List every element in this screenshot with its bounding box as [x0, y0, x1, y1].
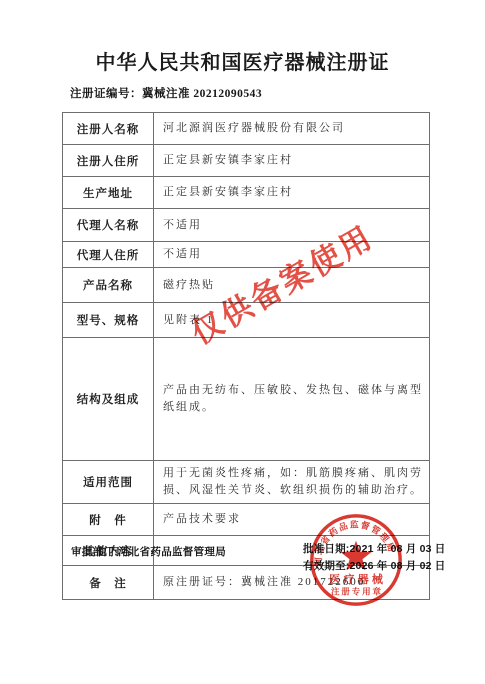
field-value: 产品由无纺布、压敏胶、发热包、磁体与离型纸组成。 [154, 338, 430, 461]
registration-number-line: 注册证编号：冀械注准 20212090543 [70, 85, 262, 101]
field-label: 代理人住所 [63, 242, 154, 268]
table-row: 注册人住所 正定县新安镇李家庄村 [63, 145, 430, 177]
field-value: 河北源润医疗器械股份有限公司 [154, 113, 430, 145]
table-row: 生产地址 正定县新安镇李家庄村 [63, 177, 430, 209]
field-label: 产品名称 [63, 268, 154, 303]
field-label: 生产地址 [63, 177, 154, 209]
field-label: 注册人住所 [63, 145, 154, 177]
certificate-title: 中华人民共和国医疗器械注册证 [0, 46, 485, 75]
registration-number-value: 冀械注准 20212090543 [142, 88, 262, 100]
approval-department: 审批部门:河北省药品监督管理局 [71, 544, 226, 559]
field-label: 适用范围 [63, 461, 154, 504]
field-value: 不适用 [154, 209, 430, 242]
field-label: 结构及组成 [63, 338, 154, 461]
table-row: 结构及组成 产品由无纺布、压敏胶、发热包、磁体与离型纸组成。 [63, 338, 430, 461]
field-value: 正定县新安镇李家庄村 [154, 145, 430, 177]
field-label: 附 件 [63, 504, 154, 536]
field-value: 用于无菌炎性疼痛，如：肌筋膜疼痛、肌肉劳损、风湿性关节炎、软组织损伤的辅助治疗。 [154, 461, 430, 504]
official-seal: 河北省药品监督管理局 医疗器械 注册专用章 [308, 512, 404, 608]
field-label: 型号、规格 [63, 303, 154, 338]
registration-number-label: 注册证编号： [70, 88, 142, 100]
seal-line1: 医疗器械 [329, 572, 384, 586]
field-label: 备 注 [63, 566, 154, 600]
seal-line2: 注册专用章 [331, 587, 381, 597]
field-label: 注册人名称 [63, 113, 154, 145]
field-label: 代理人名称 [63, 209, 154, 242]
table-row: 注册人名称 河北源润医疗器械股份有限公司 [63, 113, 430, 145]
star-icon [340, 541, 371, 571]
field-value: 正定县新安镇李家庄村 [154, 177, 430, 209]
table-row: 适用范围 用于无菌炎性疼痛，如：肌筋膜疼痛、肌肉劳损、风湿性关节炎、软组织损伤的… [63, 461, 430, 504]
certificate-page: 中华人民共和国医疗器械注册证 注册证编号：冀械注准 20212090543 注册… [0, 0, 485, 684]
